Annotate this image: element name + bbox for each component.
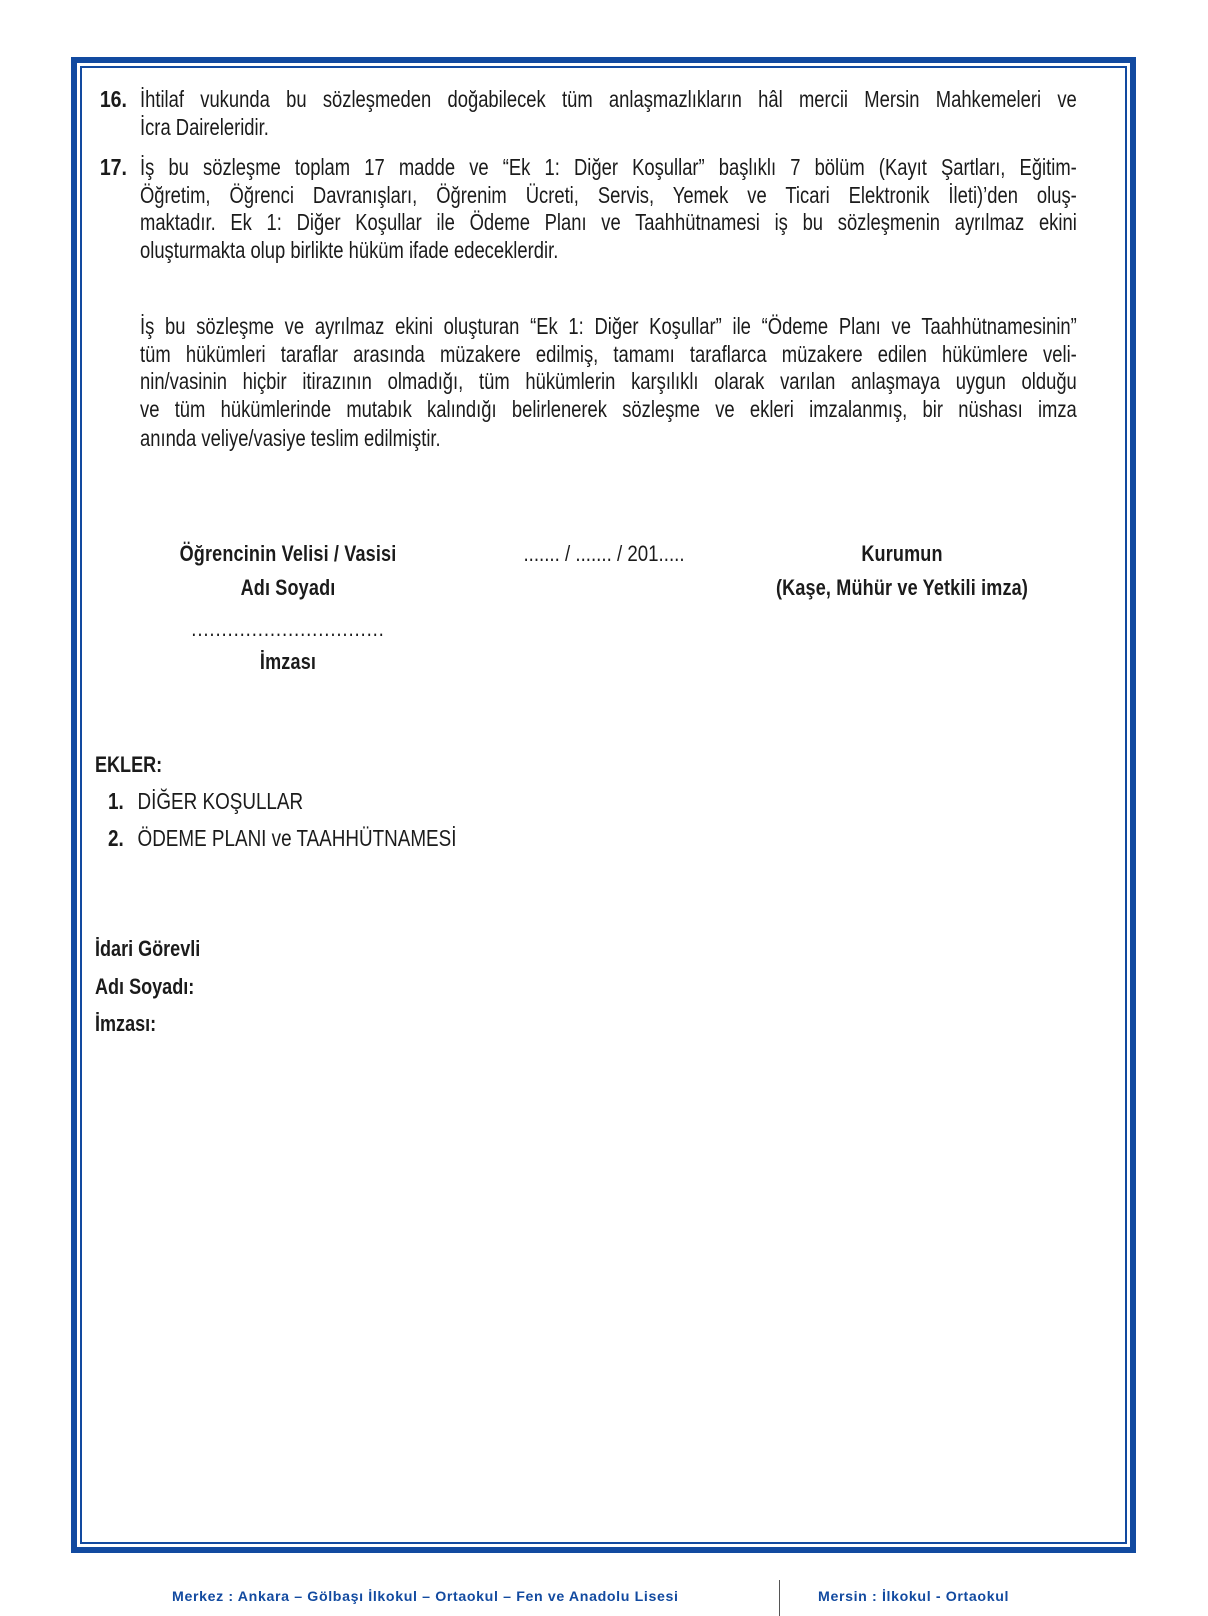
attachment-label: ÖDEME PLANI ve TAAHHÜTNAMESİ bbox=[138, 825, 457, 851]
paragraph-line: İş bu sözleşme ve ayrılmaz ekini oluştur… bbox=[140, 313, 1077, 341]
admin-title: İdari Görevli bbox=[95, 936, 200, 962]
paragraph-line: tüm hükümleri taraflar arasında müzakere… bbox=[140, 341, 1077, 369]
clause-line: İcra Daireleridir. bbox=[140, 114, 1077, 142]
guardian-name-label: Adı Soyadı bbox=[165, 575, 411, 601]
paragraph-line: anında veliye/vasiye teslim edilmiştir. bbox=[140, 425, 1077, 453]
paragraph-line: ve tüm hükümlerinde mutabık kalındığı be… bbox=[140, 396, 1077, 424]
guardian-signature-label: İmzası bbox=[165, 649, 411, 675]
attachment-number: 2. bbox=[108, 825, 138, 852]
institution-subtitle: (Kaşe, Mühür ve Yetkili imza) bbox=[754, 575, 1049, 601]
clause-number: 17. bbox=[76, 154, 127, 182]
institution-title: Kurumun bbox=[779, 541, 1025, 567]
closing-paragraph: İş bu sözleşme ve ayrılmaz ekini oluştur… bbox=[140, 313, 1077, 453]
guardian-signature-line: ................................ bbox=[161, 616, 416, 642]
attachment-item: 1.DİĞER KOŞULLAR bbox=[108, 788, 303, 815]
clause-line: oluşturmakta olup birlikte hüküm ifade e… bbox=[140, 237, 1077, 265]
clause-line: İş bu sözleşme toplam 17 madde ve “Ek 1:… bbox=[140, 154, 1077, 182]
admin-name-label: Adı Soyadı: bbox=[95, 974, 194, 1000]
guardian-title: Öğrencinin Velisi / Vasisi bbox=[165, 541, 411, 567]
clause-line: Öğretim, Öğrenci Davranışları, Öğrenim Ü… bbox=[140, 182, 1077, 210]
footer-divider bbox=[779, 1580, 780, 1616]
footer-branch: Mersin : İlkokul - Ortaokul bbox=[818, 1589, 1009, 1604]
paragraph-line: nin/vasinin hiçbir itirazının olmadığı, … bbox=[140, 368, 1077, 396]
date-placeholder: ....... / ....... / 201..... bbox=[494, 541, 715, 567]
clause-16: İhtilaf vukunda bu sözleşmeden doğabilec… bbox=[140, 86, 1077, 141]
clause-17: İş bu sözleşme toplam 17 madde ve “Ek 1:… bbox=[140, 154, 1077, 264]
attachments-heading: EKLER: bbox=[95, 752, 162, 778]
attachment-item: 2.ÖDEME PLANI ve TAAHHÜTNAMESİ bbox=[108, 825, 456, 852]
clause-line: İhtilaf vukunda bu sözleşmeden doğabilec… bbox=[140, 86, 1077, 114]
clause-number: 16. bbox=[76, 86, 127, 114]
footer-headquarters: Merkez : Ankara – Gölbaşı İlkokul – Orta… bbox=[172, 1589, 679, 1604]
clause-line: maktadır. Ek 1: Diğer Koşullar ile Ödeme… bbox=[140, 209, 1077, 237]
admin-signature-label: İmzası: bbox=[95, 1011, 156, 1037]
attachment-number: 1. bbox=[108, 788, 138, 815]
attachment-label: DİĞER KOŞULLAR bbox=[138, 788, 304, 814]
